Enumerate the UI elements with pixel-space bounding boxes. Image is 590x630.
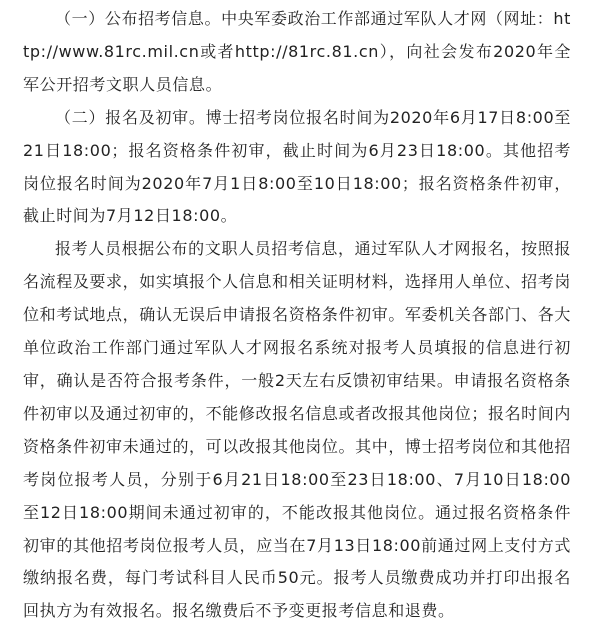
article-body: （一）公布招考信息。中央军委政治工作部通过军队人才网（网址：http://www… [23, 3, 571, 628]
paragraph-registration-review: （二）报名及初审。博士招考岗位报名时间为2020年6月17日8:00至21日18… [23, 102, 571, 234]
paragraph-publish-info: （一）公布招考信息。中央军委政治工作部通过军队人才网（网址：http://www… [23, 3, 571, 102]
paragraph-registration-process: 报考人员根据公布的文职人员招考信息，通过军队人才网报名，按照报名流程及要求，如实… [23, 233, 571, 628]
